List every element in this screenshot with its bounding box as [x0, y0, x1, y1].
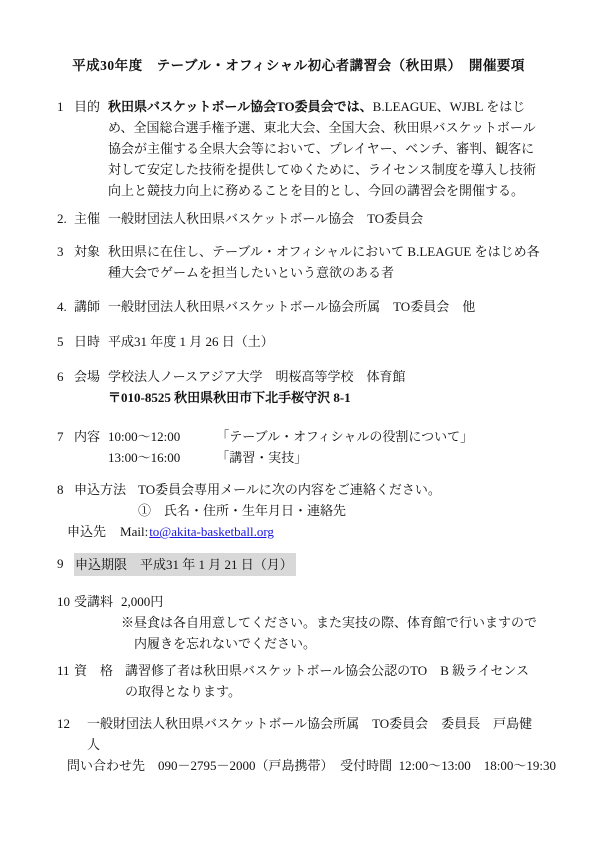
section-label: 会場	[74, 366, 100, 387]
application-body-text: TO委員会専用メールに次の内容をご連絡ください。	[138, 479, 540, 500]
fee-amount-text: 2,000円	[121, 591, 540, 612]
section-number: 4.	[57, 296, 74, 317]
application-item-text: ① 氏名・住所・生年月日・連絡先	[138, 500, 540, 521]
section-purpose: 1 目的 秋田県バスケットボール協会TO委員会では、B.LEAGUE、WJBL …	[57, 96, 540, 201]
contact-phone-text: 090－2795－2000（戸島携帯）	[158, 758, 327, 773]
deadline-date-text: 平成31 年 1 月 21 日（月）	[140, 557, 293, 572]
section-label: 目的	[74, 96, 100, 117]
section-number: 7	[57, 426, 74, 447]
mail-address-link[interactable]: to@akita-basketball.org	[149, 524, 274, 539]
section-target: 3 対象 秋田県に在住し、テーブル・オフィシャルにおいて B.LEAGUE をは…	[57, 241, 540, 283]
organizer-body-text: 一般財団法人秋田県バスケットボール協会 TO委員会	[108, 208, 540, 229]
instructor-body-text: 一般財団法人秋田県バスケットボール協会所属 TO委員会 他	[108, 296, 540, 317]
mail-label: Mail:	[120, 524, 148, 539]
reception-hours-text: 12:00～13:00 18:00～19:30	[399, 758, 556, 773]
purpose-lead-text: 秋田県バスケットボール協会TO委員会では、	[108, 99, 373, 114]
apply-to-line: 申込先Mail:to@akita-basketball.org	[57, 521, 540, 542]
datetime-body-text: 平成31 年度 1 月 26 日（土）	[108, 331, 540, 352]
target-body-text: 秋田県に在住し、テーブル・オフィシャルにおいて B.LEAGUE をはじめ各種大…	[108, 241, 540, 283]
section-contents: 7 内容 10:00～12:00 「テーブル・オフィシャルの役割について」 13…	[57, 426, 540, 468]
contact-person-text: 一般財団法人秋田県バスケットボール協会所属 TO委員会 委員長 戸島健人	[87, 713, 540, 755]
section-label: 講師	[74, 296, 100, 317]
section-number: 8	[57, 479, 74, 500]
document-page: 平成30年度 テーブル・オフィシャル初心者講習会（秋田県） 開催要項 1 目的 …	[0, 0, 596, 842]
section-number: 12	[57, 713, 74, 755]
section-number: 1	[57, 96, 74, 117]
section-application: 8 申込方法 TO委員会専用メールに次の内容をご連絡ください。 ① 氏名・住所・…	[57, 479, 540, 542]
deadline-highlight: 申込期限平成31 年 1 月 21 日（月）	[74, 553, 296, 576]
section-number: 11	[57, 660, 74, 681]
section-instructor: 4. 講師 一般財団法人秋田県バスケットボール協会所属 TO委員会 他	[57, 296, 540, 317]
schedule-title: 「テーブル・オフィシャルの役割について」	[216, 429, 473, 444]
section-label: 申込期限	[75, 557, 127, 572]
section-fee: 10 受講料 2,000円 ※昼食は各自用意してください。また実技の際、体育館で…	[57, 591, 540, 654]
section-contact: 12 一般財団法人秋田県バスケットボール協会所属 TO委員会 委員長 戸島健人 …	[57, 713, 540, 776]
section-number: 10	[57, 591, 74, 612]
schedule-title: 「講習・実技」	[216, 450, 307, 465]
section-purpose-body: 秋田県バスケットボール協会TO委員会では、B.LEAGUE、WJBL をはじめ、…	[108, 96, 540, 201]
schedule-time: 13:00～16:00	[108, 447, 213, 468]
apply-to-label: 申込先	[67, 524, 106, 539]
reception-hours-label: 受付時間	[340, 758, 392, 773]
schedule-row-afternoon: 13:00～16:00 「講習・実技」	[108, 447, 540, 468]
section-number: 9	[57, 553, 74, 574]
section-organizer: 2. 主催 一般財団法人秋田県バスケットボール協会 TO委員会	[57, 208, 540, 229]
section-number: 5	[57, 331, 74, 352]
section-label: 対象	[74, 241, 100, 262]
section-label: 日時	[74, 331, 100, 352]
contact-label: 問い合わせ先	[67, 758, 145, 773]
section-label: 主催	[74, 208, 100, 229]
section-datetime: 5 日時 平成31 年度 1 月 26 日（土）	[57, 331, 540, 352]
document-title: 平成30年度 テーブル・オフィシャル初心者講習会（秋田県） 開催要項	[57, 55, 540, 76]
section-label: 資 格	[74, 660, 113, 681]
section-qualification: 11 資 格 講習修了者は秋田県バスケットボール協会公認のTO B 級ライセンス…	[57, 660, 540, 702]
section-label: 内容	[74, 426, 100, 447]
contact-info-line: 問い合わせ先 090－2795－2000（戸島携帯） 受付時間 12:00～13…	[57, 755, 540, 776]
fee-note-text: ※昼食は各自用意してください。また実技の際、体育館で行いますので内履きを忘れない…	[121, 612, 540, 654]
section-label: 受講料	[74, 591, 113, 612]
section-label: 申込方法	[74, 479, 126, 500]
section-number: 3	[57, 241, 74, 262]
section-number: 6	[57, 366, 74, 387]
section-deadline: 9 申込期限平成31 年 1 月 21 日（月）	[57, 553, 540, 576]
schedule-row-morning: 10:00～12:00 「テーブル・オフィシャルの役割について」	[108, 426, 540, 447]
section-venue: 6 会場 学校法人ノースアジア大学 明桜高等学校 体育館 〒010-8525 秋…	[57, 366, 540, 408]
schedule-time: 10:00～12:00	[108, 426, 213, 447]
venue-address-text: 〒010-8525 秋田県秋田市下北手桜守沢 8-1	[108, 387, 540, 408]
section-number: 2.	[57, 208, 74, 229]
qualification-body-text: 講習修了者は秋田県バスケットボール協会公認のTO B 級ライセンスの取得となりま…	[125, 660, 540, 702]
venue-name-text: 学校法人ノースアジア大学 明桜高等学校 体育館	[108, 366, 540, 387]
